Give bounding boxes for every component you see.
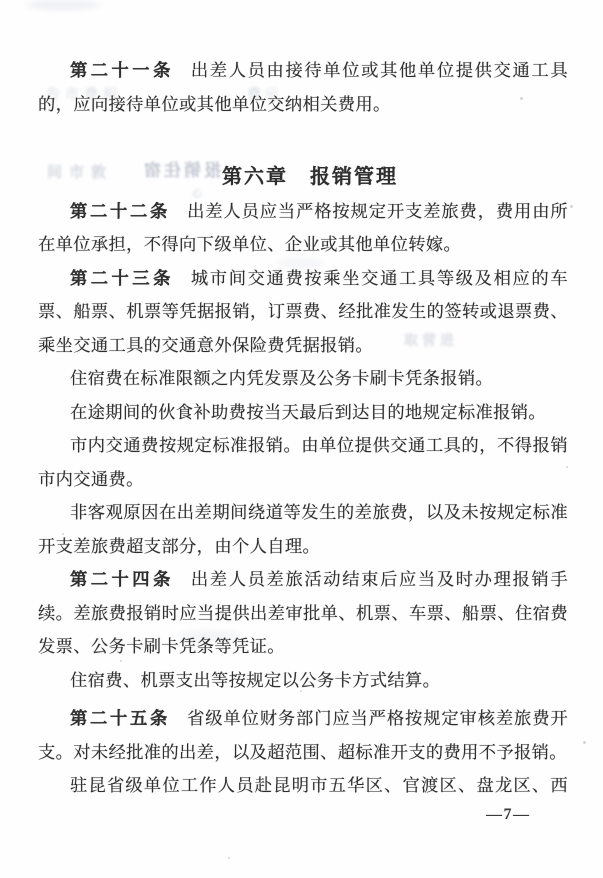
scan-smudge xyxy=(26,0,101,10)
noise-speck xyxy=(570,205,573,208)
article-24-paragraph: 第二十四条出差人员差旅活动结束后应当及时办理报销手续。差旅费报销时应当提供出差审… xyxy=(38,563,568,664)
paragraph-meal-allowance: 在途期间的伙食补助费按当天最后到达目的地规定标准报销。 xyxy=(38,396,568,430)
article-22-paragraph: 第二十二条出差人员应当严格按规定开支差旅费，费用由所在单位承担，不得向下级单位、… xyxy=(38,195,568,262)
article-23-paragraph: 第二十三条城市间交通费按乘坐交通工具等级及相应的车票、船票、机票等凭据报销，订票… xyxy=(38,262,568,363)
noise-speck xyxy=(583,741,586,744)
article-25-number: 第二十五条 xyxy=(70,709,170,728)
chapter-6-heading: 第六章 报销管理 xyxy=(38,161,568,195)
article-21-number: 第二十一条 xyxy=(70,61,174,80)
article-21-paragraph: 第二十一条出差人员由接待单位或其他单位提供交通工具的，应向接待单位或其他单位交纳… xyxy=(38,54,568,121)
paragraph-card-settlement: 住宿费、机票支出等按规定以公务卡方式结算。 xyxy=(38,664,568,698)
paragraph-city-transport: 市内交通费按规定标准报销。由单位提供交通工具的，不得报销市内交通费。 xyxy=(38,429,568,496)
document-body: 第二十一条出差人员由接待单位或其他单位提供交通工具的，应向接待单位或其他单位交纳… xyxy=(38,54,568,803)
paragraph-detour-expense: 非客观原因在出差期间绕道等发生的差旅费，以及未按规定标准开支差旅费超支部分，由个… xyxy=(38,496,568,563)
article-24-number: 第二十四条 xyxy=(70,570,174,589)
article-23-number: 第二十三条 xyxy=(70,269,174,288)
paragraph-lodging-fee: 住宿费在标准限额之内凭发票及公务卡刷卡凭条报销。 xyxy=(38,362,568,396)
page-number: —7— xyxy=(486,806,531,824)
noise-speck xyxy=(228,857,230,859)
paragraph-kunming-districts: 驻昆省级单位工作人员赴昆明市五华区、官渡区、盘龙区、西 xyxy=(38,769,568,803)
scanned-document-page: 告市费相 费示 间市敦 报销住宿 心 取营进 第二十一条出差人员由接待单位或其他… xyxy=(0,0,603,878)
article-25-paragraph: 第二十五条省级单位财务部门应当严格按规定审核差旅费开支。对未经批准的出差，以及超… xyxy=(38,702,568,769)
article-22-number: 第二十二条 xyxy=(70,202,170,221)
